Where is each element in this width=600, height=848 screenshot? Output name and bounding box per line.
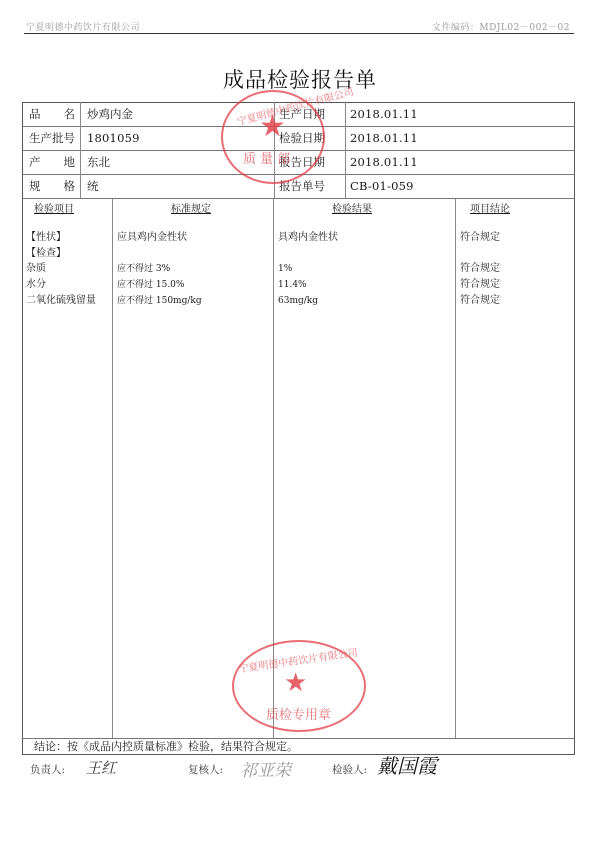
result-cell: 具鸡内金性状 <box>278 230 338 246</box>
result-cell: 1% <box>278 261 292 277</box>
report-title: 成品检验报告单 <box>0 64 600 94</box>
production-date-value: 2018.01.11 <box>350 102 418 126</box>
reviewer-label: 复核人: <box>188 762 223 777</box>
header-standard: 标准规定 <box>171 200 211 215</box>
conclusion-cell: 符合规定 <box>460 261 500 277</box>
report-number-value: CB-01-059 <box>350 174 414 198</box>
product-name-value: 炒鸡内金 <box>87 102 133 126</box>
standard-cell: 应不得过 15.0% <box>117 277 184 293</box>
origin-label: 产地 <box>29 150 75 174</box>
item-cell: 二氧化硫残留量 <box>26 293 96 309</box>
item-cell: 杂质 <box>26 261 46 277</box>
col-divider <box>80 102 81 198</box>
company-header: 宁夏明德中药饮片有限公司 <box>26 20 140 33</box>
item-cell: 水分 <box>26 277 46 293</box>
document-number: 文件编码：MDJL02－002－02 <box>432 20 570 33</box>
report-date-label: 报告日期 <box>279 150 325 174</box>
header-test-item: 检验项目 <box>34 200 74 215</box>
spec-value: 统 <box>87 174 99 198</box>
responsible-signature: 王红 <box>86 757 116 778</box>
conclusion-cell: 符合规定 <box>460 277 500 293</box>
batch-label: 生产批号 <box>29 126 75 150</box>
item-cell: 【性状】 <box>26 230 66 246</box>
inspector-signature: 戴国霞 <box>377 750 437 779</box>
standard-cell: 应不得过 3% <box>117 261 170 277</box>
header-conclusion: 项目结论 <box>470 200 510 215</box>
standard-cell: 应具鸡内金性状 <box>117 230 187 246</box>
col-divider <box>455 198 456 738</box>
header-rule <box>24 33 574 34</box>
col-divider <box>112 198 113 738</box>
col-divider <box>274 102 275 198</box>
origin-value: 东北 <box>87 150 110 174</box>
reviewer-signature: 祁亚荣 <box>240 756 291 781</box>
col-divider <box>345 102 346 198</box>
inspection-date-value: 2018.01.11 <box>350 126 418 150</box>
report-number-label: 报告单号 <box>279 174 325 198</box>
product-name-label: 品名 <box>29 102 75 126</box>
inspection-date-label: 检验日期 <box>279 126 325 150</box>
spec-label: 规格 <box>29 174 75 198</box>
production-date-label: 生产日期 <box>279 102 325 126</box>
header-result: 检验结果 <box>332 200 372 215</box>
responsible-label: 负责人: <box>30 762 65 777</box>
batch-value: 1801059 <box>87 126 140 150</box>
conclusion-cell: 符合规定 <box>460 293 500 309</box>
col-divider <box>273 198 274 738</box>
report-date-value: 2018.01.11 <box>350 150 418 174</box>
inspector-label: 检验人: <box>332 762 367 777</box>
conclusion-text: 结论：按《成品内控质量标准》检验，结果符合规定。 <box>34 739 298 755</box>
result-cell: 11.4% <box>278 277 307 293</box>
conclusion-cell: 符合规定 <box>460 230 500 246</box>
standard-cell: 应不得过 150mg/kg <box>117 293 202 309</box>
item-cell: 【检查】 <box>26 246 66 262</box>
row-divider <box>22 198 575 199</box>
result-cell: 63mg/kg <box>278 293 318 309</box>
